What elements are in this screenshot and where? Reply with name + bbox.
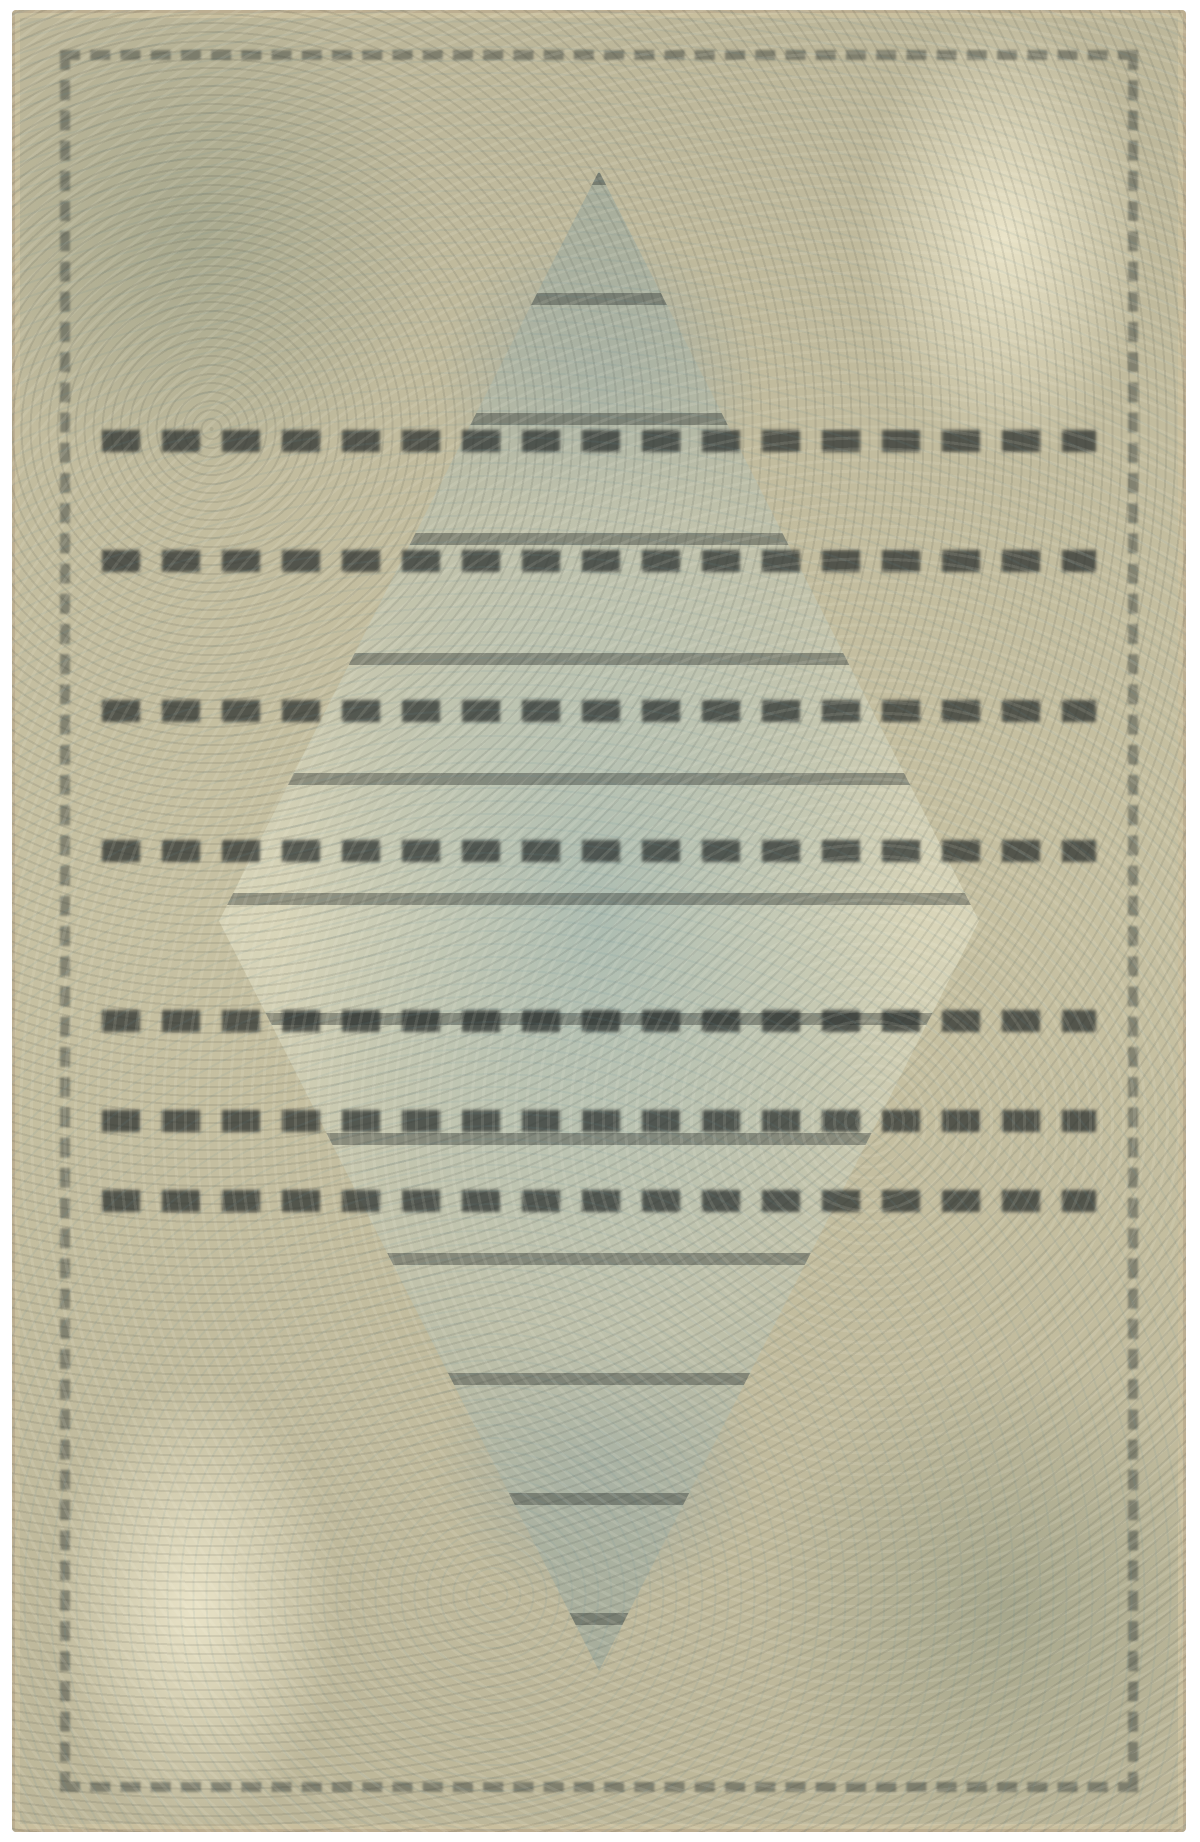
texture-overlay <box>12 10 1186 1832</box>
rug <box>12 10 1186 1832</box>
